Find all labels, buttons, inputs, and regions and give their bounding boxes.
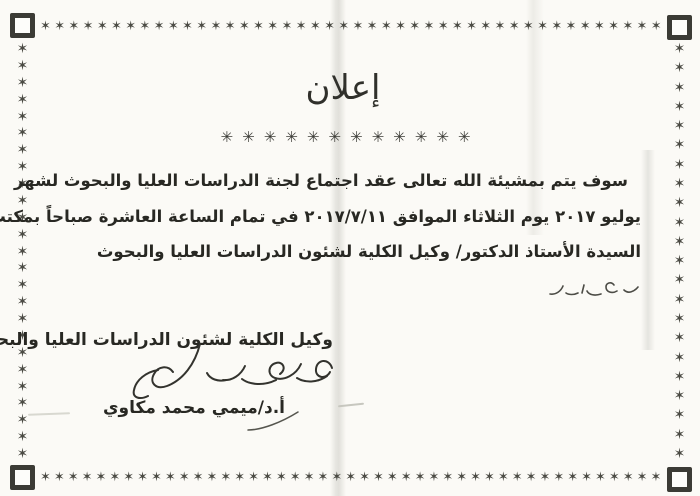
star-ornament-icon: ✶ [409,20,420,33]
border-edge-top: ✶✶✶✶✶✶✶✶✶✶✶✶✶✶✶✶✶✶✶✶✶✶✶✶✶✶✶✶✶✶✶✶✶✶✶✶✶✶✶✶… [40,14,662,38]
star-ornament-icon: ✶ [154,20,165,33]
star-ornament-icon: ✶ [674,370,686,384]
asterisk-icon: ✳ [436,128,458,146]
asterisk-icon: ✳ [415,128,437,146]
asterisk-divider: ✳✳✳✳✳✳✳✳✳✳✳✳ [0,128,700,146]
star-ornament-icon: ✶ [495,20,506,33]
star-ornament-icon: ✶ [581,471,592,484]
star-ornament-icon: ✶ [17,42,29,56]
star-ornament-icon: ✶ [580,20,591,33]
star-ornament-icon: ✶ [352,20,363,33]
document-title: إعلان [0,68,686,108]
star-ornament-icon: ✶ [193,471,204,484]
scan-crease [641,150,655,350]
star-ornament-icon: ✶ [415,471,426,484]
star-ornament-icon: ✶ [40,471,51,484]
star-ornament-icon: ✶ [68,20,79,33]
star-ornament-icon: ✶ [262,471,273,484]
star-ornament-icon: ✶ [637,471,648,484]
star-ornament-icon: ✶ [253,20,264,33]
star-ornament-icon: ✶ [423,20,434,33]
star-ornament-icon: ✶ [456,471,467,484]
asterisk-icon: ✳ [285,128,307,146]
star-ornament-icon: ✶ [442,471,453,484]
announcement-line: يوليو ٢٠١٧ يوم الثلاثاء الموافق ٢٠١٧/٧/١… [58,199,641,235]
star-ornament-icon: ✶ [17,312,29,326]
star-ornament-icon: ✶ [310,20,321,33]
star-ornament-icon: ✶ [637,20,648,33]
star-ornament-icon: ✶ [537,20,548,33]
asterisk-icon: ✳ [372,128,394,146]
star-ornament-icon: ✶ [179,471,190,484]
announcement-paragraph: سوف يتم بمشيئة الله تعالى عقد اجتماع لجن… [58,163,641,270]
star-ornament-icon: ✶ [139,20,150,33]
star-ornament-icon: ✶ [540,471,551,484]
star-ornament-icon: ✶ [304,471,315,484]
asterisk-icon: ✳ [350,128,372,146]
star-ornament-icon: ✶ [324,20,335,33]
signer-name: أ.د/ميمي محمد مكاوي [103,398,285,418]
star-ornament-icon: ✶ [281,20,292,33]
star-ornament-icon: ✶ [466,20,477,33]
star-ornament-icon: ✶ [553,471,564,484]
star-ornament-icon: ✶ [509,20,520,33]
star-ornament-icon: ✶ [452,20,463,33]
star-ornament-icon: ✶ [674,447,686,461]
star-ornament-icon: ✶ [17,261,29,275]
asterisk-icon: ✳ [328,128,350,146]
star-ornament-icon: ✶ [674,408,686,422]
star-ornament-icon: ✶ [651,20,662,33]
star-ornament-icon: ✶ [17,447,29,461]
star-ornament-icon: ✶ [674,158,686,172]
star-ornament-icon: ✶ [17,245,29,259]
star-ornament-icon: ✶ [674,389,686,403]
star-ornament-icon: ✶ [54,471,65,484]
border-corner-ornament [667,467,692,492]
star-ornament-icon: ✶ [182,20,193,33]
star-ornament-icon: ✶ [207,471,218,484]
star-ornament-icon: ✶ [234,471,245,484]
star-ornament-icon: ✶ [68,471,79,484]
star-ornament-icon: ✶ [674,351,686,365]
star-ornament-icon: ✶ [296,20,307,33]
star-ornament-icon: ✶ [674,216,686,230]
asterisk-icon: ✳ [307,128,329,146]
star-ornament-icon: ✶ [373,471,384,484]
star-ornament-icon: ✶ [123,471,134,484]
star-ornament-icon: ✶ [345,471,356,484]
star-ornament-icon: ✶ [674,312,686,326]
asterisk-icon: ✳ [393,128,415,146]
asterisk-icon: ✳ [242,128,264,146]
star-ornament-icon: ✶ [674,273,686,287]
handwritten-note-scribble [545,272,645,306]
star-ornament-icon: ✶ [196,20,207,33]
star-ornament-icon: ✶ [17,430,29,444]
announcement-line: سوف يتم بمشيئة الله تعالى عقد اجتماع لجن… [58,163,641,199]
star-ornament-icon: ✶ [359,471,370,484]
star-ornament-icon: ✶ [111,20,122,33]
star-ornament-icon: ✶ [429,471,440,484]
star-ornament-icon: ✶ [674,196,686,210]
star-ornament-icon: ✶ [83,20,94,33]
star-ornament-icon: ✶ [276,471,287,484]
scanned-announcement-document: ✶✶✶✶✶✶✶✶✶✶✶✶✶✶✶✶✶✶✶✶✶✶✶✶✶✶✶✶✶✶✶✶✶✶✶✶✶✶✶✶… [0,0,700,496]
announcement-line: السيدة الأستاذ الدكتور/ وكيل الكلية لشئو… [58,234,641,270]
pencil-mark [28,412,70,415]
star-ornament-icon: ✶ [151,471,162,484]
star-ornament-icon: ✶ [567,471,578,484]
star-ornament-icon: ✶ [401,471,412,484]
border-corner-ornament [667,15,692,40]
border-edge-bottom: ✶✶✶✶✶✶✶✶✶✶✶✶✶✶✶✶✶✶✶✶✶✶✶✶✶✶✶✶✶✶✶✶✶✶✶✶✶✶✶✶… [40,465,662,489]
star-ornament-icon: ✶ [210,20,221,33]
star-ornament-icon: ✶ [17,295,29,309]
star-ornament-icon: ✶ [395,20,406,33]
star-ornament-icon: ✶ [674,177,686,191]
star-ornament-icon: ✶ [609,471,620,484]
star-ornament-icon: ✶ [623,471,634,484]
star-ornament-icon: ✶ [97,20,108,33]
star-ornament-icon: ✶ [470,471,481,484]
asterisk-icon: ✳ [458,128,480,146]
star-ornament-icon: ✶ [96,471,107,484]
star-ornament-icon: ✶ [338,20,349,33]
star-ornament-icon: ✶ [526,471,537,484]
star-ornament-icon: ✶ [387,471,398,484]
border-corner-ornament [10,465,35,490]
star-ornament-icon: ✶ [137,471,148,484]
star-ornament-icon: ✶ [267,20,278,33]
star-ornament-icon: ✶ [595,471,606,484]
star-ornament-icon: ✶ [608,20,619,33]
star-ornament-icon: ✶ [594,20,605,33]
star-ornament-icon: ✶ [674,235,686,249]
star-ornament-icon: ✶ [290,471,301,484]
star-ornament-icon: ✶ [17,396,29,410]
star-ornament-icon: ✶ [125,20,136,33]
star-ornament-icon: ✶ [381,20,392,33]
star-ornament-icon: ✶ [165,471,176,484]
handwritten-signature [80,336,348,436]
star-ornament-icon: ✶ [17,278,29,292]
star-ornament-icon: ✶ [551,20,562,33]
star-ornament-icon: ✶ [674,42,686,56]
star-ornament-icon: ✶ [17,110,29,124]
star-ornament-icon: ✶ [523,20,534,33]
star-ornament-icon: ✶ [512,471,523,484]
star-ornament-icon: ✶ [239,20,250,33]
star-ornament-icon: ✶ [566,20,577,33]
star-ornament-icon: ✶ [109,471,120,484]
border-corner-ornament [10,13,35,38]
star-ornament-icon: ✶ [498,471,509,484]
star-ornament-icon: ✶ [438,20,449,33]
star-ornament-icon: ✶ [17,380,29,394]
star-ornament-icon: ✶ [674,293,686,307]
star-ornament-icon: ✶ [248,471,259,484]
star-ornament-icon: ✶ [651,471,662,484]
star-ornament-icon: ✶ [225,20,236,33]
asterisk-icon: ✳ [264,128,286,146]
star-ornament-icon: ✶ [674,254,686,268]
star-ornament-icon: ✶ [331,471,342,484]
star-ornament-icon: ✶ [622,20,633,33]
star-ornament-icon: ✶ [82,471,93,484]
asterisk-icon: ✳ [221,128,243,146]
star-ornament-icon: ✶ [17,363,29,377]
star-ornament-icon: ✶ [40,20,51,33]
star-ornament-icon: ✶ [168,20,179,33]
star-ornament-icon: ✶ [54,20,65,33]
star-ornament-icon: ✶ [318,471,329,484]
star-ornament-icon: ✶ [480,20,491,33]
star-ornament-icon: ✶ [220,471,231,484]
star-ornament-icon: ✶ [484,471,495,484]
star-ornament-icon: ✶ [674,331,686,345]
star-ornament-icon: ✶ [367,20,378,33]
star-ornament-icon: ✶ [17,413,29,427]
star-ornament-icon: ✶ [674,428,686,442]
